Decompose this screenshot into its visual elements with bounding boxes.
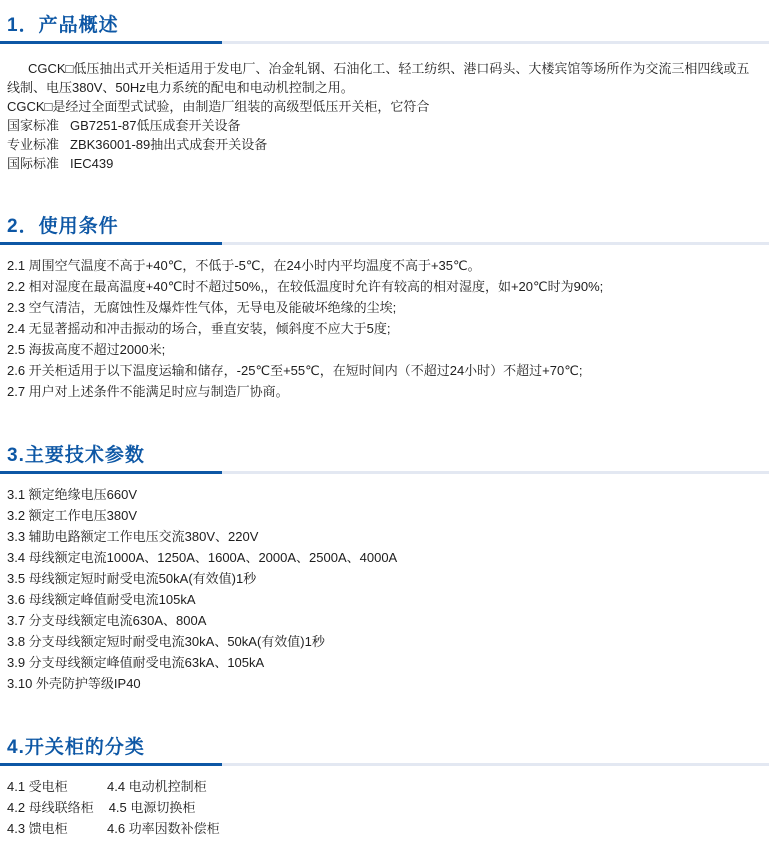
standard-value: ZBK36001-89抽出式成套开关设备 (70, 137, 267, 152)
parameter-item: 3.4 母线额定电流1000A、1250A、1600A、2000A、2500A、… (7, 547, 759, 568)
condition-item: 2.5 海拔高度不超过2000米; (7, 339, 759, 360)
classification-row: 4.1 受电柜4.4 电动机控制柜 (7, 776, 759, 797)
section-2-items: 2.1 周围空气温度不高于+40℃，不低于-5℃，在24小时内平均温度不高于+3… (0, 255, 769, 402)
condition-item: 2.7 用户对上述条件不能满足时应与制造厂协商。 (7, 381, 759, 402)
overview-intro-paragraph: CGCK□低压抽出式开关柜适用于发电厂、冶金轧钢、石油化工、轻工纺织、港口码头、… (7, 59, 759, 97)
section-4-title: 4.开关柜的分类 (0, 736, 769, 760)
section-2-underline (0, 242, 769, 245)
condition-item: 2.3 空气清洁，无腐蚀性及爆炸性气体，无导电及能破坏绝缘的尘埃; (7, 297, 759, 318)
parameter-item: 3.10 外壳防护等级IP40 (7, 673, 759, 694)
section-2-title: 2．使用条件 (0, 215, 769, 239)
classification-item: 4.1 受电柜 (7, 776, 92, 797)
classification-row: 4.2 母线联络柜4.5 电源切换柜 (7, 797, 759, 818)
parameter-item: 3.8 分支母线额定短时耐受电流30kA、50kA(有效值)1秒 (7, 631, 759, 652)
section-4-underline (0, 763, 769, 766)
document-page: 1．产品概述 CGCK□低压抽出式开关柜适用于发电厂、冶金轧钢、石油化工、轻工纺… (0, 0, 769, 849)
parameter-item: 3.6 母线额定峰值耐受电流105kA (7, 589, 759, 610)
section-1-title: 1．产品概述 (0, 14, 769, 38)
condition-item: 2.1 周围空气温度不高于+40℃，不低于-5℃，在24小时内平均温度不高于+3… (7, 255, 759, 276)
parameter-item: 3.2 额定工作电压380V (7, 505, 759, 526)
section-3-title: 3.主要技术参数 (0, 444, 769, 468)
section-1-content: CGCK□低压抽出式开关柜适用于发电厂、冶金轧钢、石油化工、轻工纺织、港口码头、… (0, 59, 769, 173)
section-product-overview: 1．产品概述 CGCK□低压抽出式开关柜适用于发电厂、冶金轧钢、石油化工、轻工纺… (0, 14, 769, 173)
section-4-rows: 4.1 受电柜4.4 电动机控制柜 4.2 母线联络柜4.5 电源切换柜 4.3… (0, 776, 769, 839)
standard-value: GB7251-87低压成套开关设备 (70, 118, 241, 133)
section-3-underline (0, 471, 769, 474)
condition-item: 2.4 无显著摇动和冲击振动的场合，垂直安装，倾斜度不应大于5度; (7, 318, 759, 339)
standard-line-professional: 专业标准ZBK36001-89抽出式成套开关设备 (7, 135, 759, 154)
parameter-item: 3.9 分支母线额定峰值耐受电流63kA、105kA (7, 652, 759, 673)
parameter-item: 3.5 母线额定短时耐受电流50kA(有效值)1秒 (7, 568, 759, 589)
classification-item: 4.4 电动机控制柜 (107, 779, 207, 794)
parameter-item: 3.7 分支母线额定电流630A、800A (7, 610, 759, 631)
classification-row: 4.3 馈电柜4.6 功率因数补偿柜 (7, 818, 759, 839)
section-usage-conditions: 2．使用条件 2.1 周围空气温度不高于+40℃，不低于-5℃，在24小时内平均… (0, 215, 769, 402)
parameter-item: 3.1 额定绝缘电压660V (7, 484, 759, 505)
section-1-underline (0, 41, 769, 44)
standard-label: 国际标准 (7, 156, 59, 171)
standard-line-international: 国际标准IEC439 (7, 154, 759, 173)
section-technical-parameters: 3.主要技术参数 3.1 额定绝缘电压660V 3.2 额定工作电压380V 3… (0, 444, 769, 694)
section-switchgear-classification: 4.开关柜的分类 4.1 受电柜4.4 电动机控制柜 4.2 母线联络柜4.5 … (0, 736, 769, 839)
condition-item: 2.2 相对湿度在最高温度+40℃时不超过50%,，在较低温度时允许有较高的相对… (7, 276, 759, 297)
standard-line-national: 国家标准GB7251-87低压成套开关设备 (7, 116, 759, 135)
section-3-items: 3.1 额定绝缘电压660V 3.2 额定工作电压380V 3.3 辅助电路额定… (0, 484, 769, 694)
standard-label: 国家标准 (7, 118, 59, 133)
classification-item: 4.6 功率因数补偿柜 (107, 821, 220, 836)
classification-item: 4.2 母线联络柜 (7, 797, 94, 818)
classification-item: 4.5 电源切换柜 (109, 800, 196, 815)
parameter-item: 3.3 辅助电路额定工作电压交流380V、220V (7, 526, 759, 547)
classification-item: 4.3 馈电柜 (7, 818, 92, 839)
standard-label: 专业标准 (7, 137, 59, 152)
condition-item: 2.6 开关柜适用于以下温度运输和储存，-25℃至+55℃，在短时间内（不超过2… (7, 360, 759, 381)
standard-value: IEC439 (70, 156, 113, 171)
overview-line-2: CGCK□是经过全面型式试验，由制造厂组装的高级型低压开关柜，它符合 (7, 97, 759, 116)
